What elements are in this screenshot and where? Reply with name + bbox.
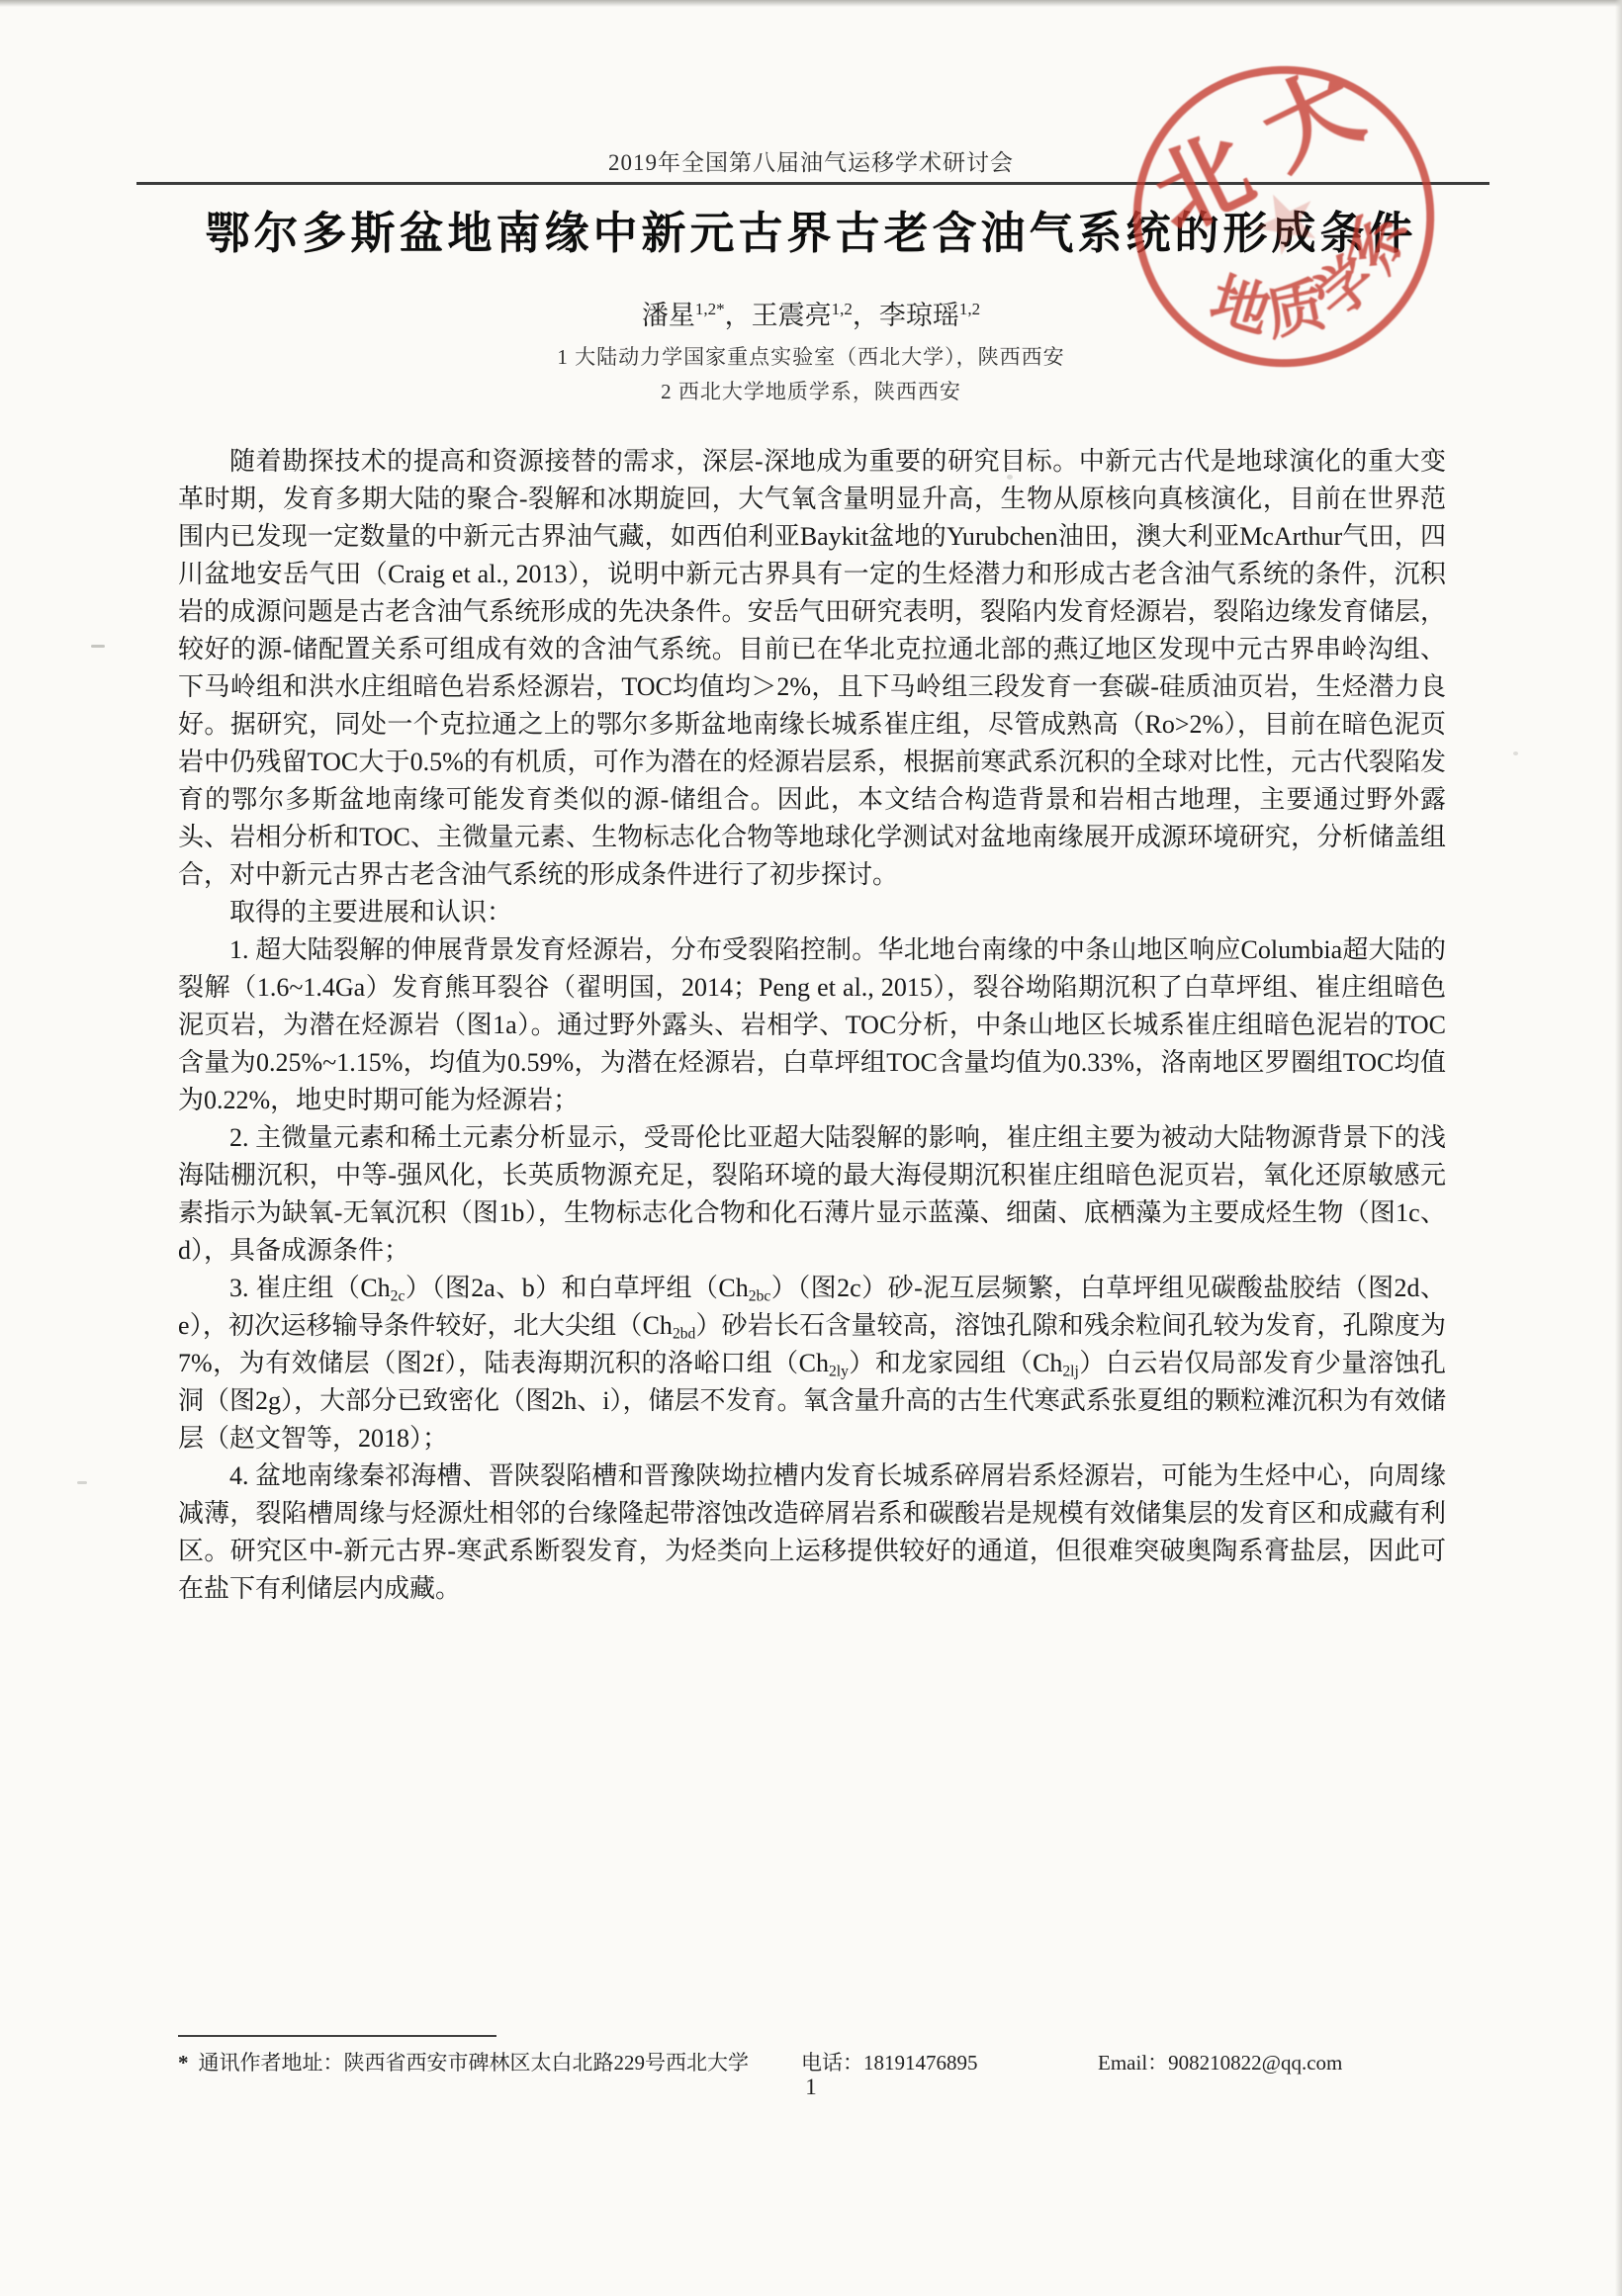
conference-header: 2019年全国第八届油气运移学术研讨会 — [0, 144, 1622, 177]
authors-line: 潘星1,2*，王震亮1,2，李琼瑶1,2 — [0, 294, 1622, 332]
footnote: *通讯作者地址：陕西省西安市碑林区太白北路229号西北大学 电话：1819147… — [178, 2047, 1454, 2076]
abstract-paragraph: 4. 盆地南缘秦祁海槽、晋陕裂陷槽和晋豫陕坳拉槽内发育长城系碎屑岩系烃源岩，可能… — [178, 1457, 1446, 1608]
author-affiliation-superscript: 1,2 — [832, 300, 853, 318]
abstract-paragraph: 随着勘探技术的提高和资源接替的需求，深层-深地成为重要的研究目标。中新元古代是地… — [178, 443, 1446, 894]
header-rule — [136, 182, 1489, 185]
corresponding-author-phone: 电话：18191476895 — [801, 2047, 978, 2076]
paper-title: 鄂尔多斯盆地南缘中新元古界古老含油气系统的形成条件 — [0, 197, 1622, 261]
abstract-paragraph: 取得的主要进展和认识： — [178, 894, 1446, 931]
author-name: 潘星 — [642, 301, 695, 330]
abstract-paragraph: 3. 崔庄组（Ch2c）（图2a、b）和白草坪组（Ch2bc）（图2c）砂-泥互… — [178, 1270, 1446, 1457]
abstract-body: 随着勘探技术的提高和资源接替的需求，深层-深地成为重要的研究目标。中新元古代是地… — [178, 443, 1446, 1608]
author-affiliation-superscript: 1,2* — [695, 300, 725, 318]
affiliation-line: 2 西北大学地质学系，陕西西安 — [0, 376, 1622, 405]
author-name: 李琼瑶 — [879, 301, 959, 330]
affiliation-line: 1 大陆动力学国家重点实验室（西北大学），陕西西安 — [0, 341, 1622, 371]
scan-speck — [91, 645, 105, 648]
author-name: 王震亮 — [752, 301, 832, 330]
footnote-marker: * — [178, 2051, 189, 2075]
stratigraphic-code-subscript: 2bd — [673, 1325, 695, 1342]
scan-edge-top — [0, 0, 1622, 7]
document-page: 2019年全国第八届油气运移学术研讨会 鄂尔多斯盆地南缘中新元古界古老含油气系统… — [0, 0, 1622, 2296]
author-separator: ， — [853, 301, 879, 330]
stratigraphic-code-subscript: 2bc — [749, 1287, 771, 1304]
stratigraphic-code-subscript: 2ly — [829, 1363, 849, 1379]
page-number: 1 — [0, 2075, 1622, 2100]
abstract-paragraph: 1. 超大陆裂解的伸展背景发育烃源岩，分布受裂陷控制。华北地台南缘的中条山地区响… — [178, 931, 1446, 1119]
stratigraphic-code-subscript: 2lj — [1062, 1363, 1078, 1379]
scan-speck — [1513, 751, 1518, 755]
author-separator: ， — [725, 301, 752, 330]
abstract-paragraph: 2. 主微量元素和稀土元素分析显示，受哥伦比亚超大陆裂解的影响，崔庄组主要为被动… — [178, 1119, 1446, 1270]
author-affiliation-superscript: 1,2 — [959, 300, 980, 318]
stratigraphic-code-subscript: 2c — [391, 1287, 405, 1304]
corresponding-author-email: Email：908210822@qq.com — [1098, 2047, 1342, 2076]
scan-speck — [77, 1481, 87, 1484]
footnote-rule — [178, 2035, 496, 2037]
corresponding-author-address: 通讯作者地址：陕西省西安市碑林区太白北路229号西北大学 — [199, 2051, 750, 2075]
